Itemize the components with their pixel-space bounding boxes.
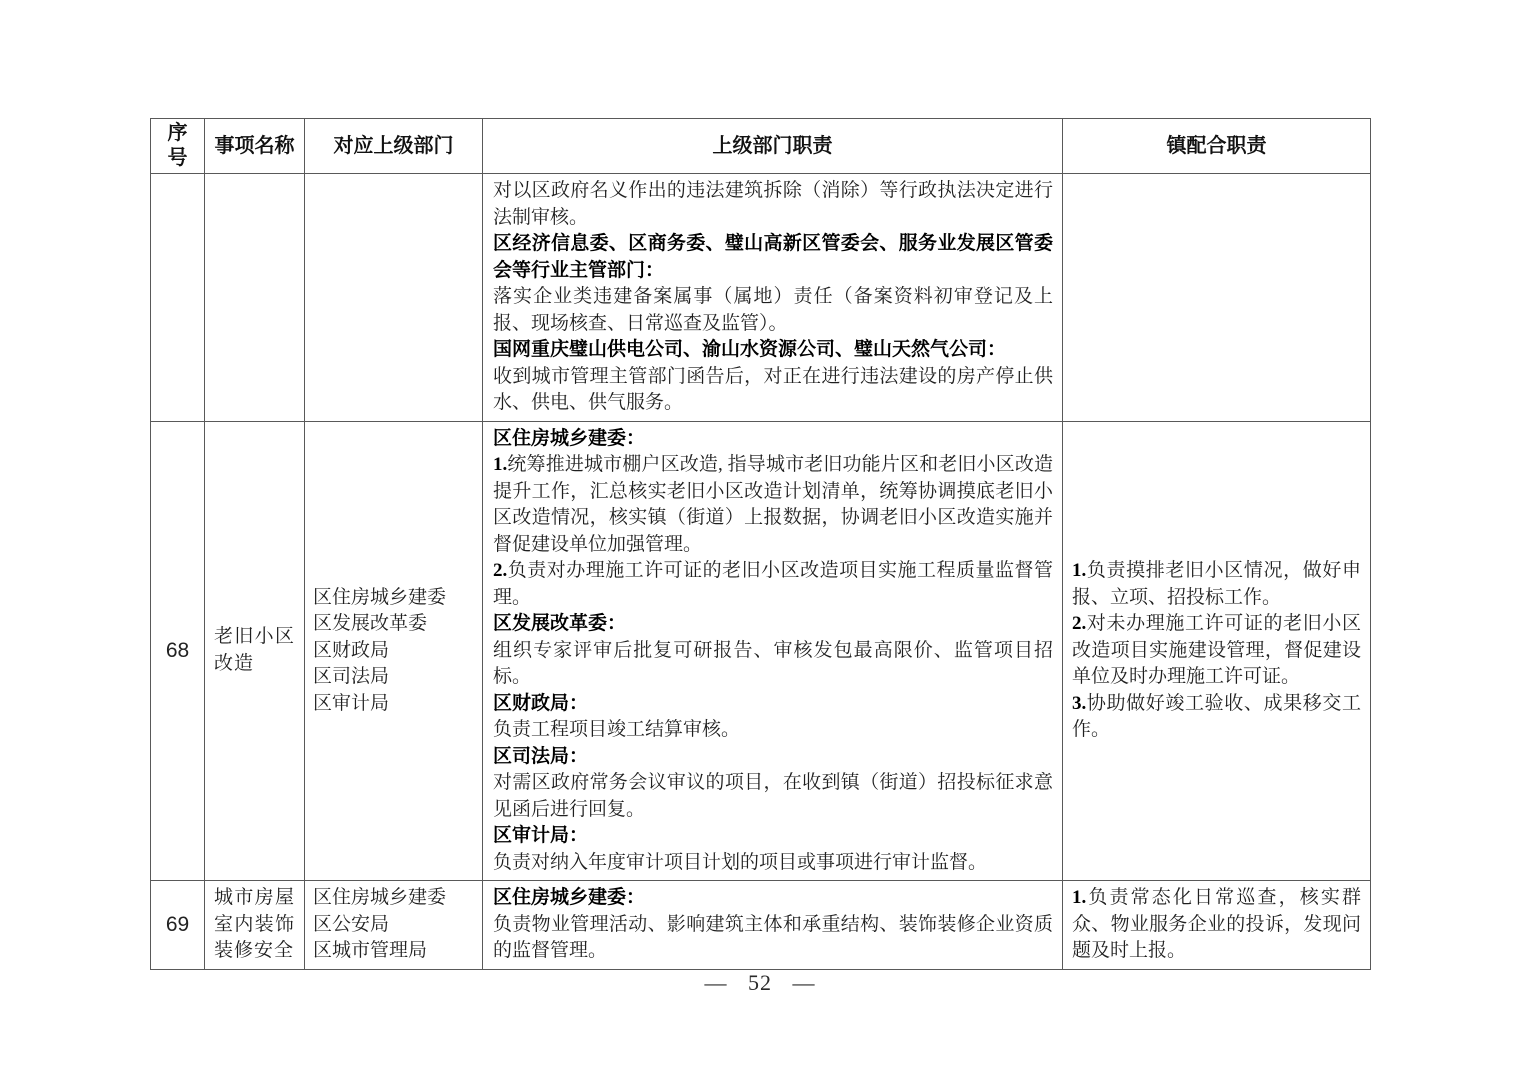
duty-paragraph: 负责物业管理活动、影响建筑主体和承重结构、装饰装修企业资质的监督管理。: [493, 912, 1053, 965]
duty-text: 负责物业管理活动、影响建筑主体和承重结构、装饰装修企业资质的监督管理。: [493, 914, 1053, 962]
table-row: 68 老旧小区改造 区住房城乡建委 区发展改革委 区财政局 区司法局 区审计局 …: [151, 421, 1371, 881]
duty-text: 统筹推进城市棚户区改造, 指导城市老旧功能片区和老旧小区改造提升工作，汇总核实老…: [493, 454, 1053, 555]
duty-text: 落实企业类违建备案属事（属地）责任（备案资料初审登记及上报、现场核查、日常巡查及…: [493, 286, 1053, 334]
page-number: — 52 —: [0, 970, 1520, 996]
duty-number: 2.: [493, 560, 507, 581]
superior-duty-cell: 对以区政府名义作出的违法建筑拆除（消除）等行政执法决定进行法制审核。 区经济信息…: [483, 174, 1063, 422]
duty-text: 对需区政府常务会议审议的项目，在收到镇（街道）招投标征求意见函后进行回复。: [493, 772, 1053, 820]
duty-text: 区财政局：: [493, 693, 588, 714]
superior-duty-cell: 区住房城乡建委： 1.统筹推进城市棚户区改造, 指导城市老旧功能片区和老旧小区改…: [483, 421, 1063, 881]
item-name-cell: 老旧小区改造: [205, 421, 305, 881]
duty-heading: 区住房城乡建委：: [493, 885, 1053, 912]
duty-heading: 区司法局：: [493, 744, 1053, 771]
duty-heading: 区经济信息委、区商务委、璧山高新区管委会、服务业发展区管委会等行业主管部门：: [493, 231, 1053, 284]
department-item: 区司法局: [313, 664, 474, 691]
town-duty-cell: 1.负责摸排老旧小区情况，做好申报、立项、招投标工作。 2.对未办理施工许可证的…: [1063, 421, 1371, 881]
duty-text: 区住房城乡建委：: [493, 428, 645, 449]
duty-paragraph: 1.统筹推进城市棚户区改造, 指导城市老旧功能片区和老旧小区改造提升工作，汇总核…: [493, 452, 1053, 558]
item-name-cell: 城市房屋室内装饰装修安全: [205, 881, 305, 970]
department-item: 区发展改革委: [313, 611, 474, 638]
duty-text: 负责工程项目竣工结算审核。: [493, 719, 740, 740]
duty-number: 2.: [1072, 613, 1086, 634]
duty-paragraph: 2.对未办理施工许可证的老旧小区改造项目实施建设管理，督促建设单位及时办理施工许…: [1072, 611, 1361, 691]
duty-number: 1.: [493, 454, 507, 475]
department-item: 区住房城乡建委: [313, 585, 474, 612]
duty-paragraph: 收到城市管理主管部门函告后，对正在进行违法建设的房产停止供水、供电、供气服务。: [493, 364, 1053, 417]
department-item: 区财政局: [313, 638, 474, 665]
duty-heading: 国网重庆璧山供电公司、渝山水资源公司、璧山天然气公司：: [493, 337, 1053, 364]
duty-text: 协助做好竣工验收、成果移交工作。: [1072, 693, 1361, 741]
superior-duty-cell: 区住房城乡建委： 负责物业管理活动、影响建筑主体和承重结构、装饰装修企业资质的监…: [483, 881, 1063, 970]
duty-number: 1.: [1072, 887, 1086, 908]
header-superior-dept: 对应上级部门: [305, 119, 483, 174]
duty-heading: 区审计局：: [493, 823, 1053, 850]
superior-dept-cell: [305, 174, 483, 422]
town-duty-cell: 1.负责常态化日常巡查，核实群众、物业服务企业的投诉，发现问题及时上报。: [1063, 881, 1371, 970]
duty-paragraph: 负责工程项目竣工结算审核。: [493, 717, 1053, 744]
header-superior-duty: 上级部门职责: [483, 119, 1063, 174]
duty-text: 对未办理施工许可证的老旧小区改造项目实施建设管理，督促建设单位及时办理施工许可证…: [1072, 613, 1361, 687]
responsibility-table: 序号 事项名称 对应上级部门 上级部门职责 镇配合职责 对以区政府名义作出的违法…: [150, 118, 1371, 970]
duty-heading: 区住房城乡建委：: [493, 426, 1053, 453]
duty-text: 组织专家评审后批复可研报告、审核发包最高限价、监管项目招标。: [493, 640, 1053, 688]
serial-no-cell: 69: [151, 881, 205, 970]
header-item-name: 事项名称: [205, 119, 305, 174]
duty-paragraph: 1.负责常态化日常巡查，核实群众、物业服务企业的投诉，发现问题及时上报。: [1072, 885, 1361, 965]
department-item: 区公安局: [313, 912, 474, 939]
duty-paragraph: 组织专家评审后批复可研报告、审核发包最高限价、监管项目招标。: [493, 638, 1053, 691]
item-name-cell: [205, 174, 305, 422]
duty-text: 负责常态化日常巡查，核实群众、物业服务企业的投诉，发现问题及时上报。: [1072, 887, 1361, 961]
duty-text: 区住房城乡建委：: [493, 887, 645, 908]
duty-paragraph: 3.协助做好竣工验收、成果移交工作。: [1072, 691, 1361, 744]
duty-text: 区经济信息委、区商务委、璧山高新区管委会、服务业发展区管委会等行业主管部门：: [493, 233, 1053, 281]
table-row: 对以区政府名义作出的违法建筑拆除（消除）等行政执法决定进行法制审核。 区经济信息…: [151, 174, 1371, 422]
duty-paragraph: 负责对纳入年度审计项目计划的项目或事项进行审计监督。: [493, 850, 1053, 877]
duty-heading: 区发展改革委：: [493, 611, 1053, 638]
duty-paragraph: 落实企业类违建备案属事（属地）责任（备案资料初审登记及上报、现场核查、日常巡查及…: [493, 284, 1053, 337]
duty-paragraph: 对需区政府常务会议审议的项目，在收到镇（街道）招投标征求意见函后进行回复。: [493, 770, 1053, 823]
duty-paragraph: 2.负责对办理施工许可证的老旧小区改造项目实施工程质量监督管理。: [493, 558, 1053, 611]
duty-paragraph: 1.负责摸排老旧小区情况，做好申报、立项、招投标工作。: [1072, 558, 1361, 611]
duty-paragraph: 对以区政府名义作出的违法建筑拆除（消除）等行政执法决定进行法制审核。: [493, 178, 1053, 231]
duty-text: 区发展改革委：: [493, 613, 626, 634]
duty-number: 3.: [1072, 693, 1086, 714]
header-serial-no: 序号: [151, 119, 205, 174]
duty-text: 收到城市管理主管部门函告后，对正在进行违法建设的房产停止供水、供电、供气服务。: [493, 366, 1053, 414]
table-row: 69 城市房屋室内装饰装修安全 区住房城乡建委 区公安局 区城市管理局 区住房城…: [151, 881, 1371, 970]
department-item: 区城市管理局: [313, 938, 474, 965]
department-item: 区住房城乡建委: [313, 885, 474, 912]
duty-text: 区审计局：: [493, 825, 588, 846]
duty-heading: 区财政局：: [493, 691, 1053, 718]
serial-no-cell: 68: [151, 421, 205, 881]
superior-dept-cell: 区住房城乡建委 区公安局 区城市管理局: [305, 881, 483, 970]
header-town-duty: 镇配合职责: [1063, 119, 1371, 174]
duty-text: 对以区政府名义作出的违法建筑拆除（消除）等行政执法决定进行法制审核。: [493, 180, 1053, 228]
town-duty-cell: [1063, 174, 1371, 422]
duty-number: 1.: [1072, 560, 1086, 581]
duty-text: 负责对纳入年度审计项目计划的项目或事项进行审计监督。: [493, 852, 987, 873]
duty-text: 负责对办理施工许可证的老旧小区改造项目实施工程质量监督管理。: [493, 560, 1053, 608]
department-item: 区审计局: [313, 691, 474, 718]
duty-text: 国网重庆璧山供电公司、渝山水资源公司、璧山天然气公司：: [493, 339, 1006, 360]
superior-dept-cell: 区住房城乡建委 区发展改革委 区财政局 区司法局 区审计局: [305, 421, 483, 881]
serial-no-cell: [151, 174, 205, 422]
document-page: 序号 事项名称 对应上级部门 上级部门职责 镇配合职责 对以区政府名义作出的违法…: [0, 0, 1520, 1074]
table-header-row: 序号 事项名称 对应上级部门 上级部门职责 镇配合职责: [151, 119, 1371, 174]
duty-text: 区司法局：: [493, 746, 588, 767]
duty-text: 负责摸排老旧小区情况，做好申报、立项、招投标工作。: [1072, 560, 1361, 608]
